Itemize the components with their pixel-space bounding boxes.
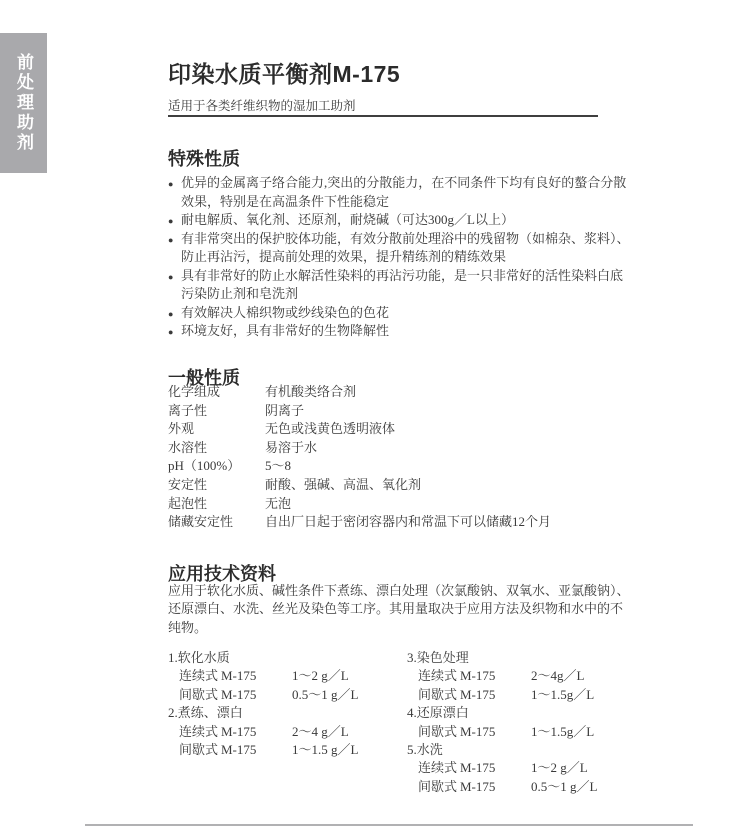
property-label: 储藏安定性	[168, 513, 265, 532]
usage-dosage: 2～4g／L	[531, 667, 642, 685]
property-value: 无色或浅黄色透明液体	[265, 420, 551, 439]
list-item-text: 防止再沾污，提高前处理的效果，提升精练剂的精练效果	[181, 248, 616, 267]
usage-product: M-175	[460, 686, 531, 704]
property-value: 自出厂日起于密闭容器内和常温下可以储藏12个月	[265, 513, 551, 532]
paragraph-line: 应用于软化水质、碱性条件下煮练、漂白处理（次氯酸钠、双氧水、亚氯酸钠）、	[168, 582, 630, 600]
property-label: 安定性	[168, 476, 265, 495]
usage-group-title: 1.软化水质	[168, 649, 403, 667]
list-item-text: 优异的金属离子络合能力,突出的分散能力，在不同条件下均有良好的螯合分散	[181, 174, 616, 193]
property-label: 外观	[168, 420, 265, 439]
usage-method: 间歇式	[418, 723, 460, 741]
usage-dosage: 1～1.5 g／L	[292, 741, 403, 759]
usage-row: 间歇式 M-175 0.5～1 g／L	[407, 778, 642, 796]
usage-column-left: 1.软化水质 连续式 M-175 1～2 g／L 间歇式 M-175 0.5～1…	[168, 649, 403, 759]
table-row: 离子性 阴离子	[168, 402, 551, 421]
list-item-text: 具有非常好的防止水解活性染料的再沾污功能，是一只非常好的活性染料白底	[181, 267, 616, 286]
usage-dosage: 1～1.5g／L	[531, 686, 642, 704]
usage-row: 连续式 M-175 2～4 g／L	[168, 723, 403, 741]
usage-product: M-175	[460, 667, 531, 685]
page-subtitle: 适用于各类纤维织物的湿加工助剂	[168, 96, 356, 114]
property-value: 易溶于水	[265, 439, 551, 458]
property-label: 化学组成	[168, 383, 265, 402]
list-item: 具有非常好的防止水解活性染料的再沾污功能，是一只非常好的活性染料白底 污染防止剂…	[168, 267, 616, 304]
table-row: 安定性 耐酸、强碱、高温、氧化剂	[168, 476, 551, 495]
paragraph-line: 纯物。	[168, 619, 630, 637]
property-value: 耐酸、强碱、高温、氧化剂	[265, 476, 551, 495]
usage-group-title: 2.煮练、漂白	[168, 704, 403, 722]
table-row: 化学组成 有机酸类络合剂	[168, 383, 551, 402]
usage-product: M-175	[221, 686, 292, 704]
usage-row: 连续式 M-175 2～4g／L	[407, 667, 642, 685]
table-row: 水溶性 易溶于水	[168, 439, 551, 458]
usage-dosage: 1～2 g／L	[292, 667, 403, 685]
property-label: 水溶性	[168, 439, 265, 458]
usage-method: 间歇式	[179, 741, 221, 759]
usage-row: 间歇式 M-175 0.5～1 g／L	[168, 686, 403, 704]
page-title: 印染水质平衡剂M-175	[168, 56, 400, 89]
property-value: 无泡	[265, 495, 551, 514]
usage-dosage: 2～4 g／L	[292, 723, 403, 741]
list-item-text: 效果，特别是在高温条件下性能稳定	[181, 193, 616, 212]
property-value: 阴离子	[265, 402, 551, 421]
usage-group-title: 5.水洗	[407, 741, 642, 759]
usage-method: 连续式	[179, 667, 221, 685]
property-label: pH（100%）	[168, 457, 265, 476]
usage-product: M-175	[221, 667, 292, 685]
usage-method: 间歇式	[179, 686, 221, 704]
table-row: 起泡性 无泡	[168, 495, 551, 514]
table-row: 储藏安定性 自出厂日起于密闭容器内和常温下可以储藏12个月	[168, 513, 551, 532]
usage-column-right: 3.染色处理 连续式 M-175 2～4g／L 间歇式 M-175 1～1.5g…	[407, 649, 642, 796]
property-label: 离子性	[168, 402, 265, 421]
usage-dosage: 1～2 g／L	[531, 759, 642, 777]
list-item: 有非常突出的保护胶体功能，有效分散前处理浴中的残留物（如棉杂、浆料）、 防止再沾…	[168, 230, 616, 267]
usage-product: M-175	[221, 741, 292, 759]
usage-product: M-175	[221, 723, 292, 741]
usage-row: 间歇式 M-175 1～1.5g／L	[407, 723, 642, 741]
list-item: 优异的金属离子络合能力,突出的分散能力，在不同条件下均有良好的螯合分散 效果，特…	[168, 174, 616, 211]
paragraph-line: 还原漂白、水洗、丝光及染色等工序。其用量取决于应用方法及织物和水中的不	[168, 600, 630, 618]
usage-dosage: 0.5～1 g／L	[292, 686, 403, 704]
usage-method: 连续式	[179, 723, 221, 741]
list-item: 有效解决人棉织物或纱线染色的色花	[168, 304, 616, 323]
usage-row: 间歇式 M-175 1～1.5g／L	[407, 686, 642, 704]
application-intro: 应用于软化水质、碱性条件下煮练、漂白处理（次氯酸钠、双氧水、亚氯酸钠）、 还原漂…	[168, 582, 630, 637]
usage-dosage: 0.5～1 g／L	[531, 778, 642, 796]
usage-row: 连续式 M-175 1～2 g／L	[407, 759, 642, 777]
usage-method: 连续式	[418, 667, 460, 685]
list-item-text: 环境友好，具有非常好的生物降解性	[181, 322, 616, 341]
usage-row: 间歇式 M-175 1～1.5 g／L	[168, 741, 403, 759]
usage-product: M-175	[460, 778, 531, 796]
list-item-text: 污染防止剂和皂洗剂	[181, 285, 616, 304]
section-heading-special-properties: 特殊性质	[168, 145, 240, 171]
usage-group-title: 4.还原漂白	[407, 704, 642, 722]
list-item-text: 有效解决人棉织物或纱线染色的色花	[181, 304, 616, 323]
table-row: pH（100%） 5～8	[168, 457, 551, 476]
usage-method: 间歇式	[418, 778, 460, 796]
usage-row: 连续式 M-175 1～2 g／L	[168, 667, 403, 685]
usage-product: M-175	[460, 723, 531, 741]
table-row: 外观 无色或浅黄色透明液体	[168, 420, 551, 439]
list-item: 耐电解质、氧化剂、还原剂，耐烧碱（可达300g／L以上）	[168, 211, 616, 230]
header-divider	[168, 115, 598, 117]
general-properties-table: 化学组成 有机酸类络合剂 离子性 阴离子 外观 无色或浅黄色透明液体 水溶性 易…	[168, 383, 551, 532]
usage-group-title: 3.染色处理	[407, 649, 642, 667]
list-item-text: 有非常突出的保护胶体功能，有效分散前处理浴中的残留物（如棉杂、浆料）、	[181, 230, 616, 249]
usage-method: 连续式	[418, 759, 460, 777]
list-item: 环境友好，具有非常好的生物降解性	[168, 322, 616, 341]
list-item-text: 耐电解质、氧化剂、还原剂，耐烧碱（可达300g／L以上）	[181, 211, 616, 230]
usage-dosage: 1～1.5g／L	[531, 723, 642, 741]
footer-divider	[85, 824, 693, 826]
property-value: 5～8	[265, 457, 551, 476]
category-tab: 前处理助剂	[0, 33, 47, 173]
property-label: 起泡性	[168, 495, 265, 514]
usage-method: 间歇式	[418, 686, 460, 704]
category-tab-label: 前处理助剂	[15, 53, 32, 153]
special-properties-list: 优异的金属离子络合能力,突出的分散能力，在不同条件下均有良好的螯合分散 效果，特…	[168, 174, 616, 341]
property-value: 有机酸类络合剂	[265, 383, 551, 402]
usage-product: M-175	[460, 759, 531, 777]
